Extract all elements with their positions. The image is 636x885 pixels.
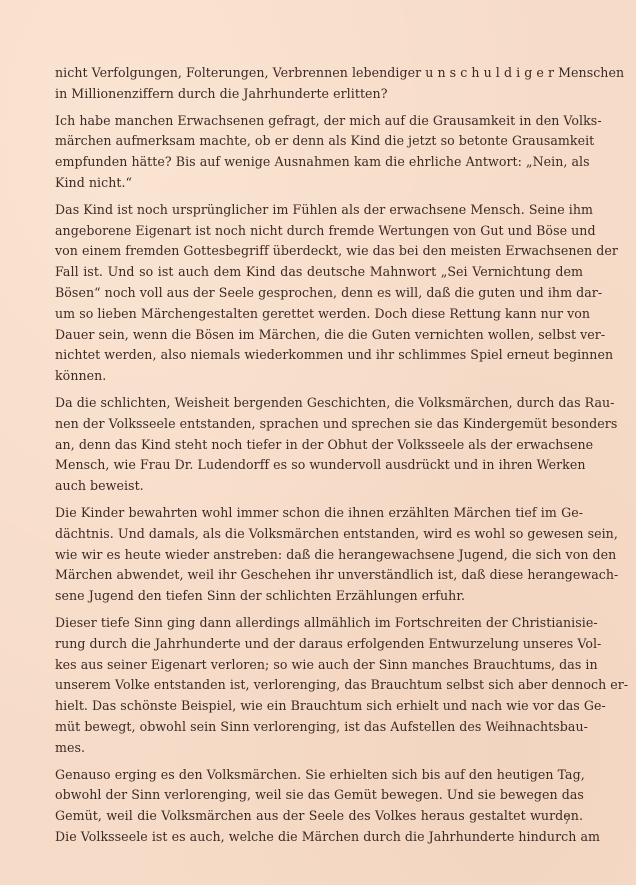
text-line: nichtet werden, also niemals wiederkomme… [55, 345, 583, 366]
text-line: Kind nicht.“ [55, 173, 583, 194]
paragraph: Ich habe manchen Erwachsenen gefragt, de… [55, 111, 583, 194]
page-number: 7 [564, 812, 571, 828]
text-line: hielt. Das schönste Beispiel, wie ein Br… [55, 696, 583, 717]
text-line: märchen aufmerksam machte, ob er denn al… [55, 131, 583, 152]
text-line: um so lieben Märchengestalten gerettet w… [55, 304, 583, 325]
document-body: nicht Verfolgungen, Folterungen, Verbren… [55, 63, 583, 854]
text-line: können. [55, 366, 583, 387]
text-line: müt bewegt, obwohl sein Sinn verlorengin… [55, 717, 583, 738]
text-line: empfunden hätte? Bis auf wenige Ausnahme… [55, 152, 583, 173]
text-line: Gemüt, weil die Volksmärchen aus der See… [55, 806, 583, 827]
text-line: kes aus seiner Eigenart verloren; so wie… [55, 655, 583, 676]
text-line: Dauer sein, wenn die Bösen im Märchen, d… [55, 325, 583, 346]
text-line: Das Kind ist noch ursprünglicher im Fühl… [55, 200, 583, 221]
text-line: nicht Verfolgungen, Folterungen, Verbren… [55, 63, 583, 84]
text-line: Da die schlichten, Weisheit bergenden Ge… [55, 393, 583, 414]
paragraph: Das Kind ist noch ursprünglicher im Fühl… [55, 200, 583, 387]
text-line: Mensch, wie Frau Dr. Ludendorff es so wu… [55, 455, 583, 476]
text-line: Genauso erging es den Volksmärchen. Sie … [55, 765, 583, 786]
text-line: Dieser tiefe Sinn ging dann allerdings a… [55, 613, 583, 634]
text-line: Die Volksseele ist es auch, welche die M… [55, 827, 583, 848]
text-line: Märchen abwendet, weil ihr Geschehen ihr… [55, 565, 583, 586]
paragraph: Da die schlichten, Weisheit bergenden Ge… [55, 393, 583, 497]
text-line: von einem fremden Gottesbegriff überdeck… [55, 241, 583, 262]
text-line: angeborene Eigenart ist noch nicht durch… [55, 221, 583, 242]
text-line: in Millionenziffern durch die Jahrhunder… [55, 84, 583, 105]
text-line: mes. [55, 738, 583, 759]
text-line: wie wir es heute wieder anstreben: daß d… [55, 545, 583, 566]
paragraph: Dieser tiefe Sinn ging dann allerdings a… [55, 613, 583, 759]
text-line: Fall ist. Und so ist auch dem Kind das d… [55, 262, 583, 283]
text-line: unserem Volke entstanden ist, verlorengi… [55, 675, 583, 696]
text-line: Bösen“ noch voll aus der Seele gesproche… [55, 283, 583, 304]
text-line: rung durch die Jahrhunderte und der dara… [55, 634, 583, 655]
text-line: Die Kinder bewahrten wohl immer schon di… [55, 503, 583, 524]
text-line: auch beweist. [55, 476, 583, 497]
text-line: an, denn das Kind steht noch tiefer in d… [55, 435, 583, 456]
text-line: sene Jugend den tiefen Sinn der schlicht… [55, 586, 583, 607]
text-line: dächtnis. Und damals, als die Volksmärch… [55, 524, 583, 545]
text-line: Ich habe manchen Erwachsenen gefragt, de… [55, 111, 583, 132]
paragraph: Die Kinder bewahrten wohl immer schon di… [55, 503, 583, 607]
paragraph: nicht Verfolgungen, Folterungen, Verbren… [55, 63, 583, 105]
paragraph: Genauso erging es den Volksmärchen. Sie … [55, 765, 583, 848]
text-line: obwohl der Sinn verlorenging, weil sie d… [55, 785, 583, 806]
text-line: nen der Volksseele entstanden, sprachen … [55, 414, 583, 435]
